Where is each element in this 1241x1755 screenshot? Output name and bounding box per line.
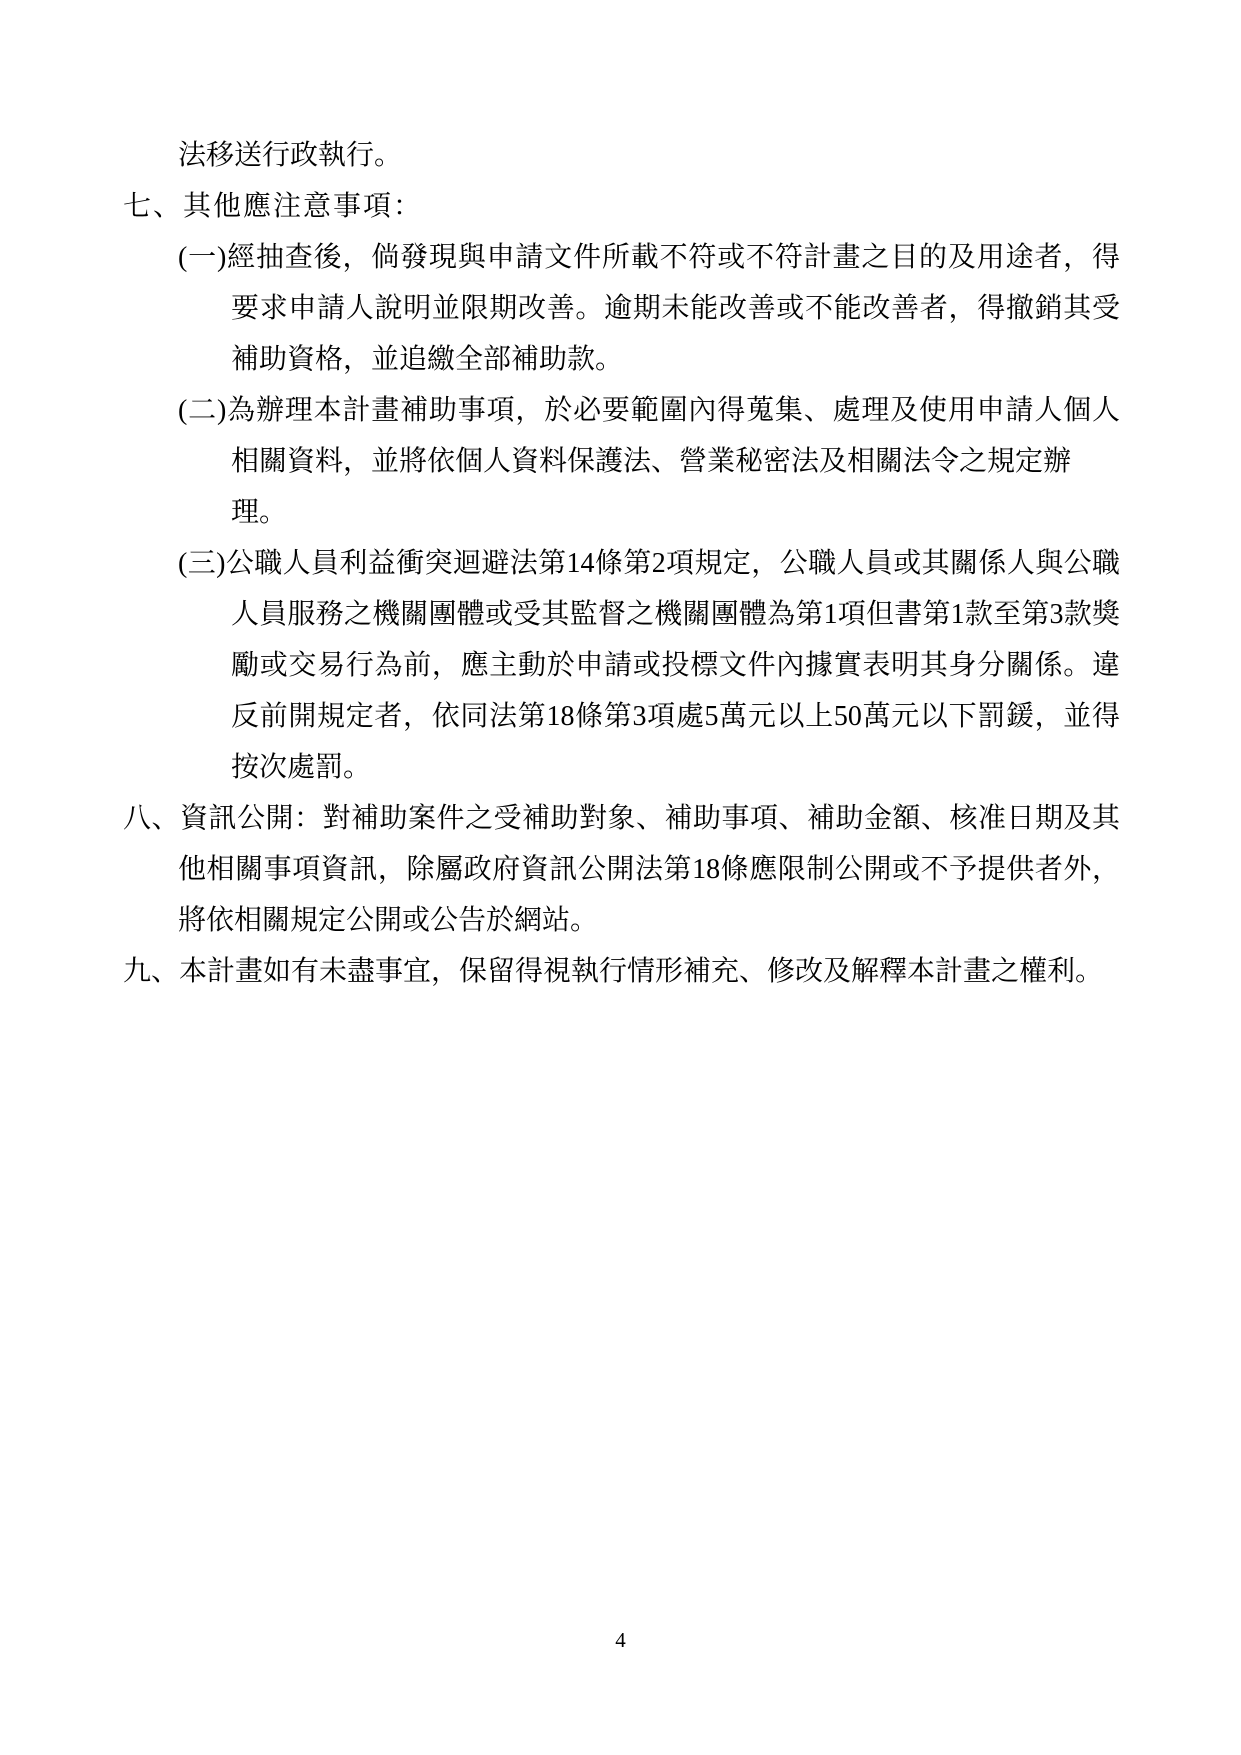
text-line: 相關資料，並將依個人資料保護法、營業秘密法及相關法令之規定辦 [123,436,1120,487]
document-page: 法移送行政執行。 七、其他應注意事項： (一)經抽查後，倘發現與申請文件所載不符… [0,0,1241,1755]
section-heading-9: 九、本計畫如有未盡事宜，保留得視執行情形補充、修改及解釋本計畫之權利。 [123,946,1120,997]
document-body: 法移送行政執行。 七、其他應注意事項： (一)經抽查後，倘發現與申請文件所載不符… [123,130,1120,997]
text-line: 按次處罰。 [123,742,1120,793]
section-heading-8: 八、資訊公開：對補助案件之受補助對象、補助事項、補助金額、核准日期及其 [123,793,1120,844]
text-line: 補助資格，並追繳全部補助款。 [123,334,1120,385]
text-line: 勵或交易行為前，應主動於申請或投標文件內據實表明其身分關係。違 [123,640,1120,691]
page-number: 4 [0,1629,1241,1651]
text-line: 理。 [123,487,1120,538]
text-line: 人員服務之機關團體或受其監督之機關團體為第1項但書第1款至第3款獎 [123,589,1120,640]
text-line: 反前開規定者，依同法第18條第3項處5萬元以上50萬元以下罰鍰，並得 [123,691,1120,742]
text-line: 他相關事項資訊，除屬政府資訊公開法第18條應限制公開或不予提供者外， [123,844,1120,895]
text-line: 要求申請人說明並限期改善。逾期未能改善或不能改善者，得撤銷其受 [123,283,1120,334]
text-line: 法移送行政執行。 [123,130,1120,181]
section-heading-7: 七、其他應注意事項： [123,181,1120,232]
text-line: (一)經抽查後，倘發現與申請文件所載不符或不符計畫之目的及用途者，得 [123,232,1120,283]
text-line: 將依相關規定公開或公告於網站。 [123,895,1120,946]
text-line: (二)為辦理本計畫補助事項，於必要範圍內得蒐集、處理及使用申請人個人 [123,385,1120,436]
text-line: (三)公職人員利益衝突迴避法第14條第2項規定，公職人員或其關係人與公職 [123,538,1120,589]
